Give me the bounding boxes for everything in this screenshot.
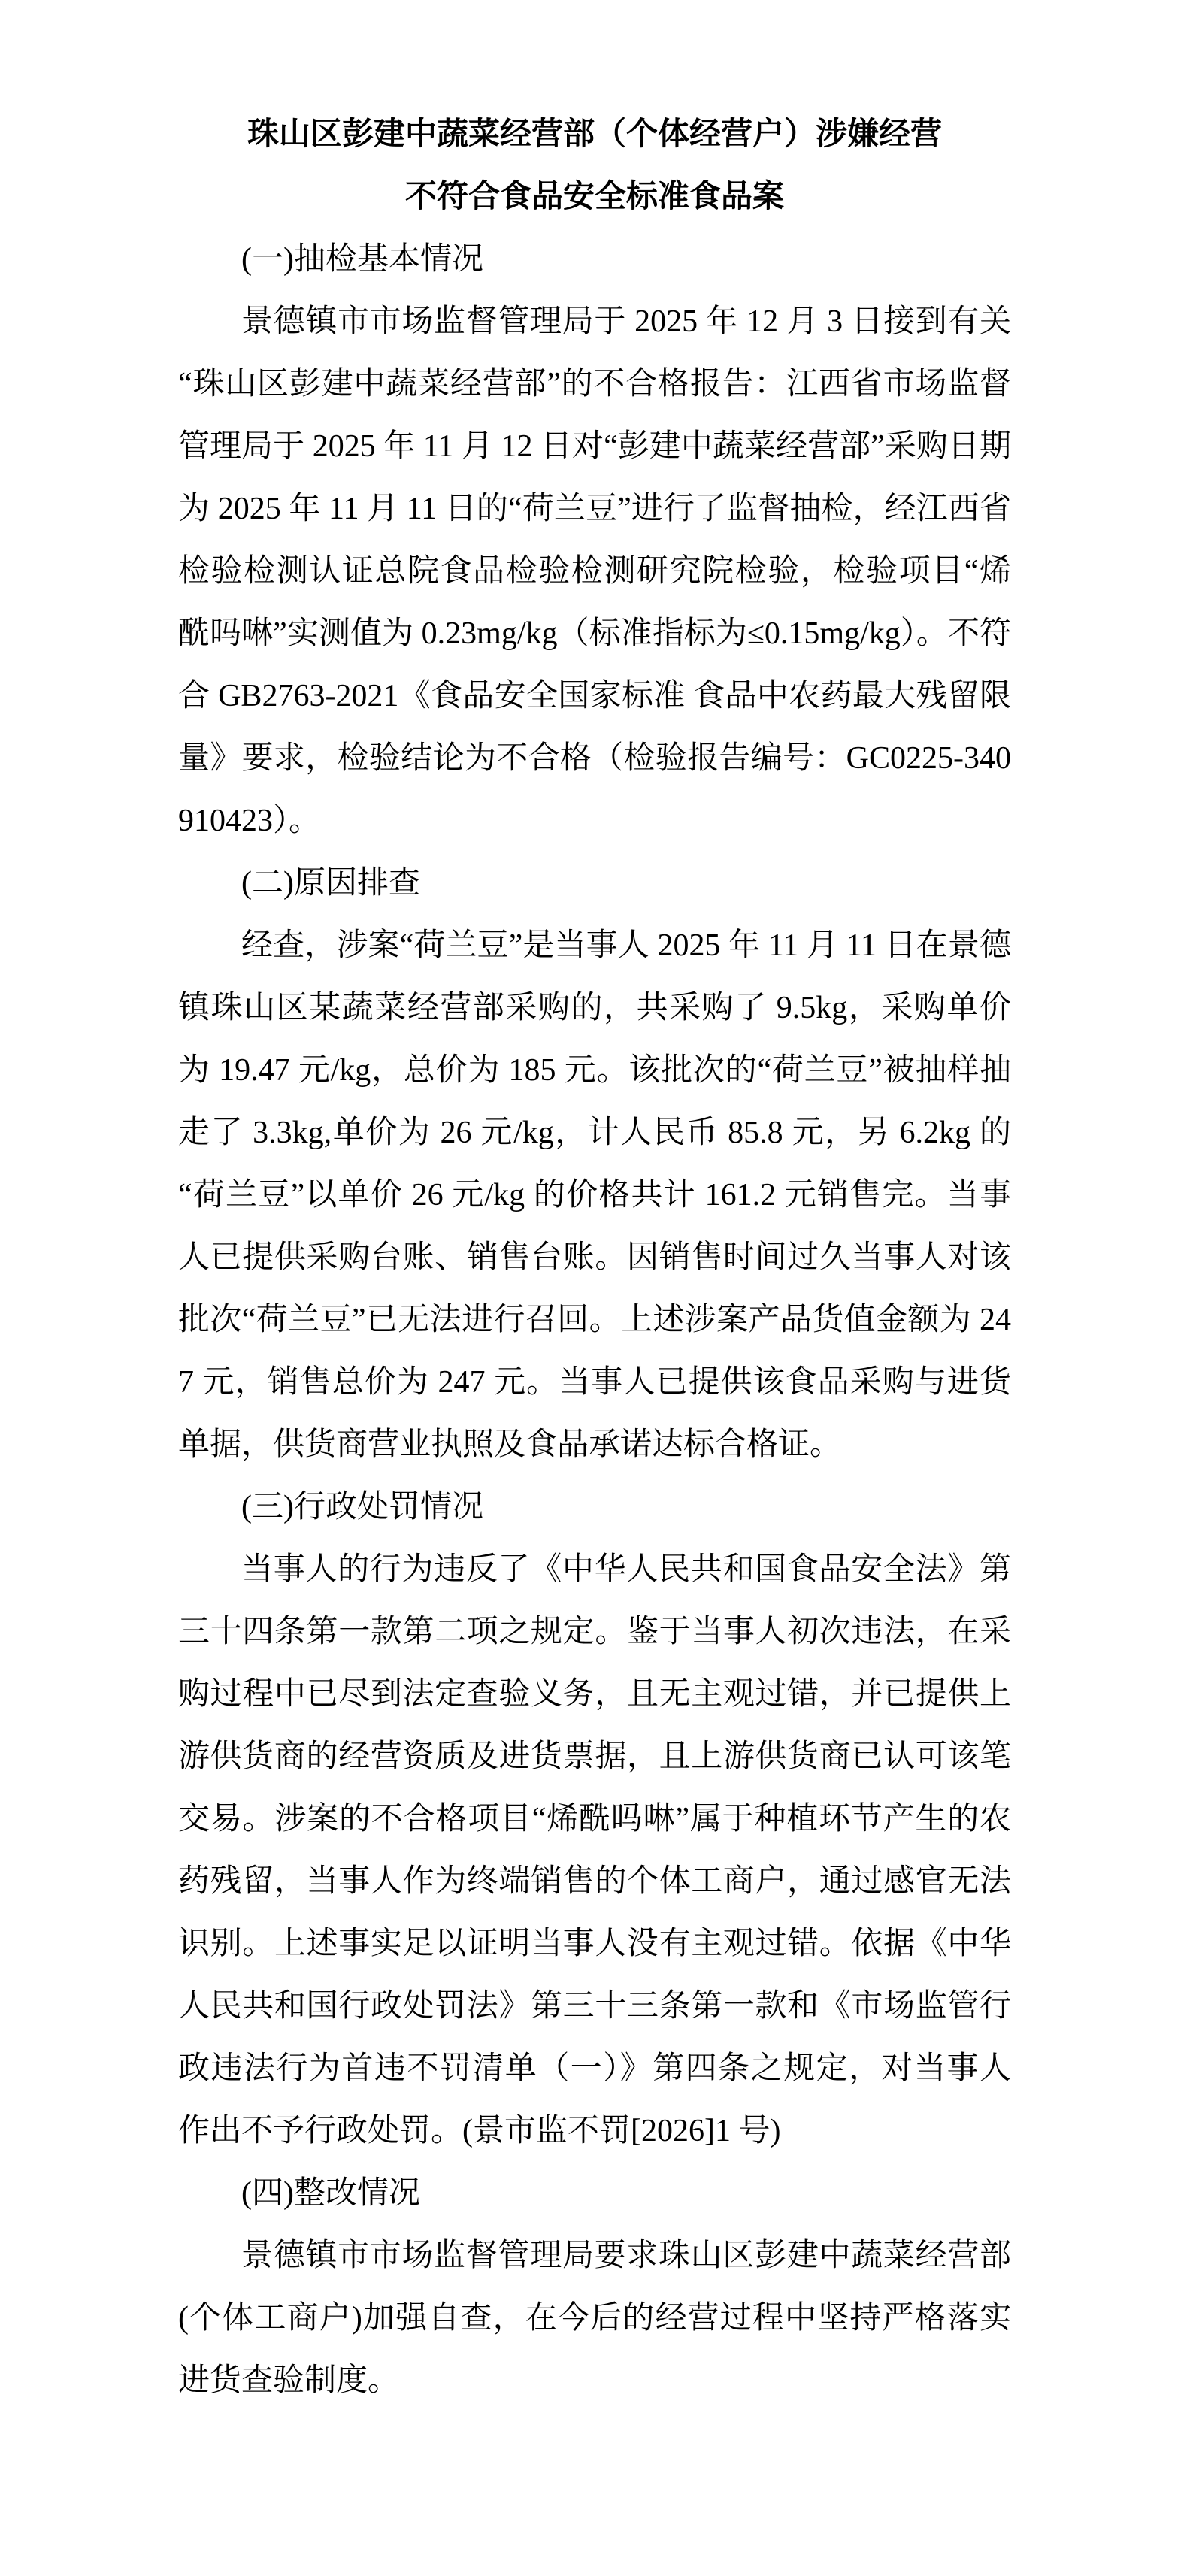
document-title-line-2: 不符合食品安全标准食品案 — [178, 166, 1011, 229]
section-heading-administrative-penalty: (三)行政处罚情况 — [178, 1476, 1011, 1539]
section-paragraph-cause-investigation: 经查，涉案“荷兰豆”是当事人 2025 年 11 月 11 日在景德镇珠山区某蔬… — [178, 915, 1011, 1476]
section-paragraph-rectification: 景德镇市市场监督管理局要求珠山区彭建中蔬菜经营部(个体工商户)加强自查，在今后的… — [178, 2225, 1011, 2412]
section-paragraph-sampling-basic-info: 景德镇市市场监督管理局于 2025 年 12 月 3 日接到有关“珠山区彭建中蔬… — [178, 291, 1011, 852]
case-document: 珠山区彭建中蔬菜经营部（个体经营户）涉嫌经营 不符合食品安全标准食品案 (一)抽… — [178, 104, 1011, 2412]
section-heading-rectification: (四)整改情况 — [178, 2163, 1011, 2225]
document-page: { "page": { "background_color": "#ffffff… — [0, 0, 1193, 2576]
section-heading-sampling-basic-info: (一)抽检基本情况 — [178, 229, 1011, 291]
document-title-line-1: 珠山区彭建中蔬菜经营部（个体经营户）涉嫌经营 — [178, 104, 1011, 166]
section-paragraph-administrative-penalty: 当事人的行为违反了《中华人民共和国食品安全法》第三十四条第一款第二项之规定。鉴于… — [178, 1539, 1011, 2163]
section-heading-cause-investigation: (二)原因排查 — [178, 852, 1011, 915]
